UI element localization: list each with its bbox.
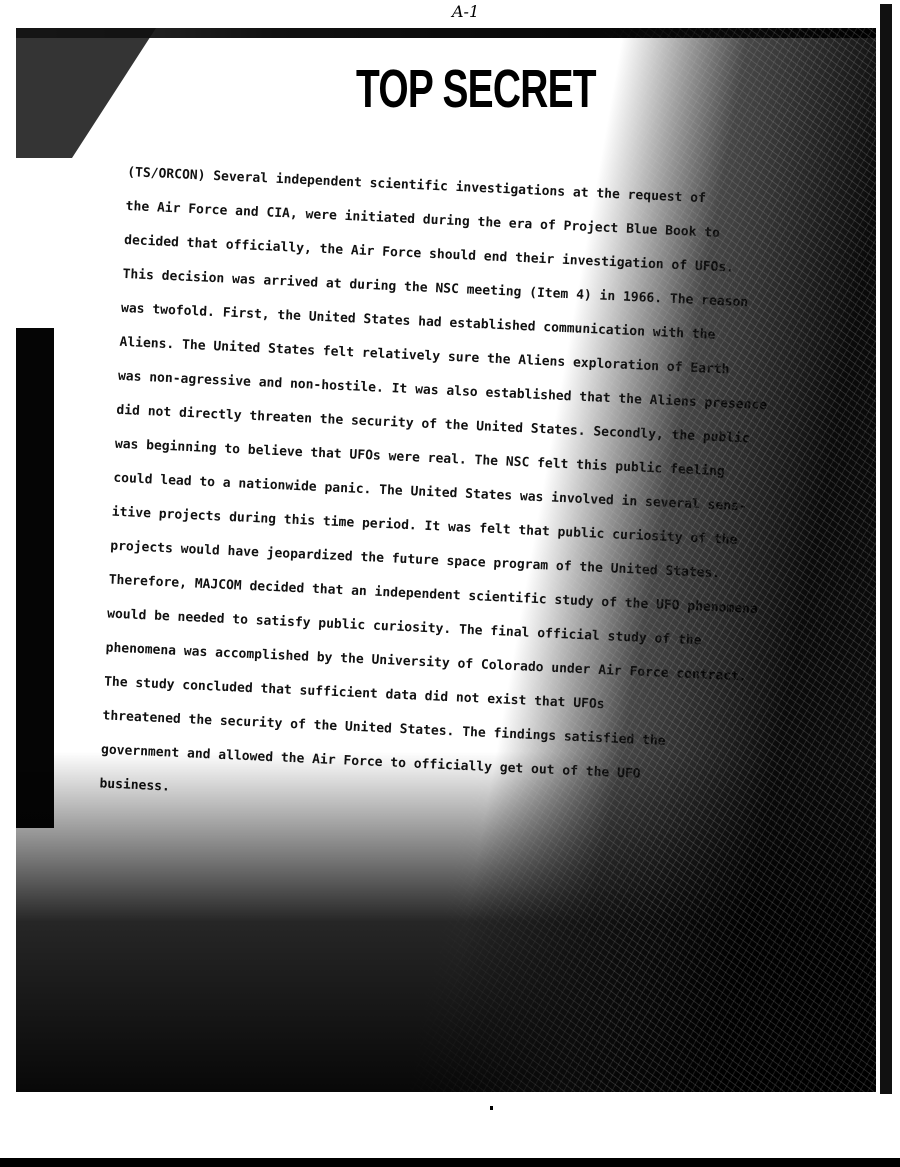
- left-edge-shadow: [16, 328, 54, 828]
- folded-corner-shadow: [16, 28, 156, 158]
- right-edge-bar: [880, 4, 892, 1094]
- ink-speck: [490, 1106, 493, 1110]
- classification-heading: TOP SECRET: [356, 58, 596, 120]
- bottom-edge-bar: [0, 1158, 900, 1167]
- document-body: (TS/ORCON) Several independent scientifi…: [99, 156, 828, 833]
- scanned-page: TOP SECRET (TS/ORCON) Several independen…: [16, 28, 876, 1092]
- page-number-annotation: A-1: [452, 2, 479, 21]
